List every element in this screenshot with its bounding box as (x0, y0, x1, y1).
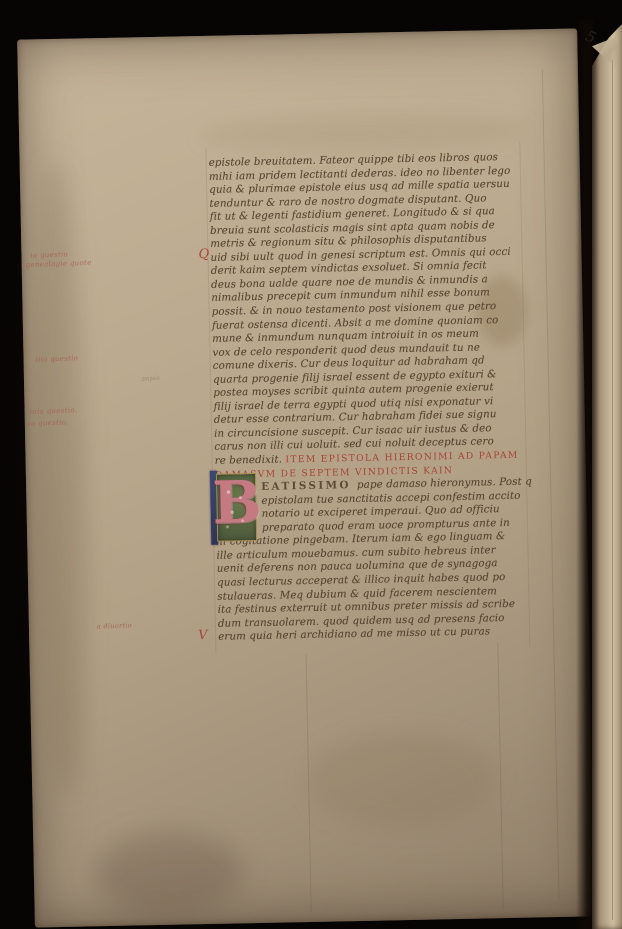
facing-leaf-edge (592, 24, 622, 929)
margin-note-questio-5: va questio. (27, 418, 69, 428)
body-text: re benedixit. (215, 453, 286, 466)
parchment-crease (497, 642, 503, 908)
margin-note-questio-3: iiia questio (35, 354, 78, 364)
faint-margin-note: papia (142, 375, 161, 384)
facing-leaf-crease (612, 60, 613, 920)
manuscript-photo: epistole breuitatem. Fateor quippe tibi … (0, 0, 622, 929)
parchment-stain (305, 730, 497, 829)
gutter-shadow (576, 20, 594, 929)
margin-note-a-diuortio: a diuortio (97, 621, 132, 631)
margin-note-questio-1b: genealogie quote (26, 259, 92, 270)
parchment-stain (93, 831, 245, 914)
parchment-leaf: epistole breuitatem. Fateor quippe tibi … (17, 28, 595, 927)
initial-letter: B (212, 469, 262, 536)
margin-note-questio-4: iiiia questio. (29, 406, 77, 416)
drop-initial-V: V (198, 628, 208, 643)
body-text: EATISSIMO (261, 479, 357, 493)
drop-initial-Q: Q (198, 247, 209, 262)
parchment-crease (542, 69, 560, 899)
illuminated-initial-B: B (210, 473, 255, 540)
text-column: epistole breuitatem. Fateor quippe tibi … (208, 148, 534, 642)
parchment-crease (306, 654, 312, 912)
